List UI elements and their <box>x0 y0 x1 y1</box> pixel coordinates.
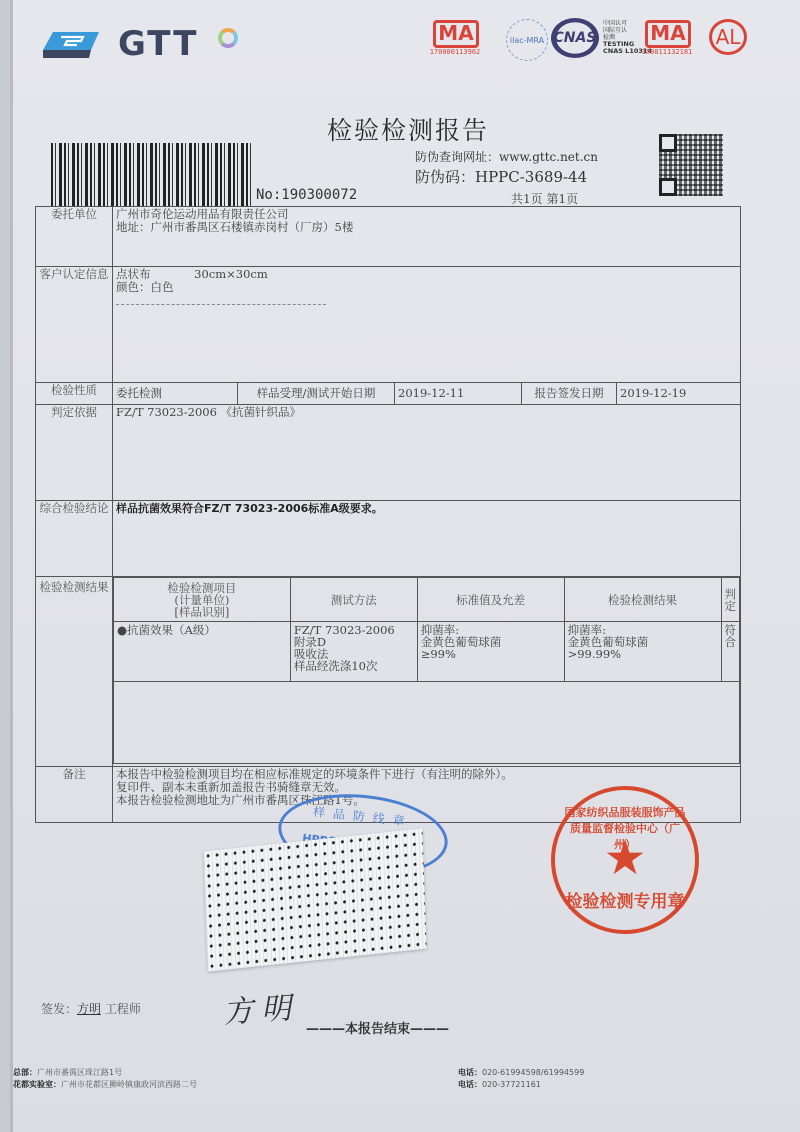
sample-name-row: 点状布 30cm×30cm <box>116 268 737 281</box>
cma-mark-2-icon: MA <box>645 20 691 48</box>
client-label: 委托单位 <box>36 207 113 267</box>
footer-addresses: 总部：广州市番禺区珠江路1号 花都实验室：广州市花都区狮岭镇康政河滨西路二号 <box>13 1067 197 1091</box>
result-standard: 抑菌率: 金黄色葡萄球菌 ≥99% <box>417 622 564 682</box>
gtt-logo-icon <box>43 30 99 60</box>
flower-icon <box>218 28 238 48</box>
nature-label: 检验性质 <box>36 383 113 405</box>
basis-value: FZ/T 73023-2006 《抗菌针织品》 <box>113 405 741 501</box>
received-date: 2019-12-11 <box>395 383 522 405</box>
table-row: ●抗菌效果（A级） FZ/T 73023-2006 附录D 吸收法 样品经洗涤1… <box>114 622 740 682</box>
cma-number-2: 150011132181 <box>640 48 694 56</box>
basis-label: 判定依据 <box>36 405 113 501</box>
conclusion-value: 样品抗菌效果符合FZ/T 73023-2006标准A级要求。 <box>113 501 741 577</box>
col-header-method: 测试方法 <box>290 578 417 622</box>
divider <box>116 294 326 305</box>
verify-code: 防伪码：HPPC-3689-44 <box>415 166 587 187</box>
sample-info-label: 客户认定信息 <box>36 267 113 383</box>
report-page: GTT MA 170000113962 ilac-MRA CNAS 中国认可 国… <box>10 0 800 1132</box>
col-header-standard: 标准值及允差 <box>417 578 564 622</box>
star-icon: ★ <box>555 834 695 882</box>
page-count: 共1页 第1页 <box>511 190 578 207</box>
handwritten-signature: 方明 <box>222 982 301 1031</box>
col-header-result: 检验检测结果 <box>564 578 721 622</box>
cnas-icon: CNAS <box>551 18 599 58</box>
remarks-label: 备注 <box>36 767 113 823</box>
result-value: 抑菌率: 金黄色葡萄球菌 >99.99% <box>564 622 721 682</box>
cal-mark-icon: AL <box>709 19 747 55</box>
result-method: FZ/T 73023-2006 附录D 吸收法 样品经洗涤10次 <box>290 622 417 682</box>
result-verdict: 符合 <box>721 622 740 682</box>
signer-title: 工程师 <box>105 1002 141 1016</box>
end-of-report: ———本报告结束——— <box>306 1018 449 1037</box>
seal-label: 检验检测专用章 <box>555 887 695 912</box>
signer-name: 方明 <box>77 1002 101 1016</box>
brand-name: GTT <box>118 24 198 64</box>
verify-url: 防伪查询网址：www.gttc.net.cn <box>415 148 598 165</box>
conclusion-label: 综合检验结论 <box>36 501 113 577</box>
col-header-verdict: 判定 <box>721 578 740 622</box>
col-header-item: 检验检测项目 (计量单位) [样品识别] <box>114 578 291 622</box>
sample-color: 颜色：白色 <box>116 281 737 294</box>
client-address: 地址：广州市番禺区石楼镇赤岗村（厂房）5楼 <box>116 221 737 234</box>
result-item: ●抗菌效果（A级） <box>114 622 291 682</box>
official-seal-stamp: 国家纺织品服装服饰产品质量监督检验中心（广州） ★ 检验检测专用章 <box>551 786 699 934</box>
qr-code-icon <box>659 134 723 196</box>
nature-value: 委托检测 <box>113 383 238 405</box>
empty-row <box>114 682 740 764</box>
issued-label: 报告签发日期 <box>522 383 617 405</box>
report-number: No:190300072 <box>256 187 357 203</box>
fabric-sample-swatch <box>204 828 427 971</box>
footer-phones: 电话：020-61994598/61994599 电话：020-37721161 <box>458 1067 584 1091</box>
issued-date: 2019-12-19 <box>617 383 741 405</box>
cma-mark-icon: MA <box>433 20 479 48</box>
cma-number: 170000113962 <box>428 48 482 56</box>
signoff: 签发：方明 工程师 <box>41 1000 141 1017</box>
results-table: 检验检测项目 (计量单位) [样品识别] 测试方法 标准值及允差 检验检测结果 … <box>113 577 740 764</box>
received-label: 样品受理/测试开始日期 <box>238 383 395 405</box>
ilac-mra-icon: ilac-MRA <box>506 19 548 61</box>
barcode-icon <box>51 143 251 207</box>
sample-size: 30cm×30cm <box>194 267 268 281</box>
report-table: 委托单位 广州市奇伦运动用品有限责任公司 地址：广州市番禺区石楼镇赤岗村（厂房）… <box>35 206 741 823</box>
sample-name: 点状布 <box>116 267 151 281</box>
results-label: 检验检测结果 <box>36 577 113 767</box>
